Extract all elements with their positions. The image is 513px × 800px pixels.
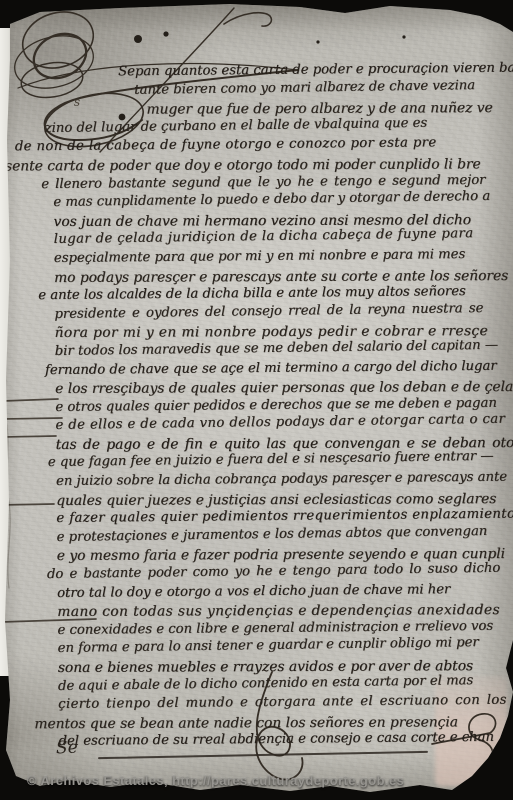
closing-rule-line	[98, 751, 428, 759]
scanned-page: s Sepan quantos esta carta de poder e pr…	[0, 0, 513, 800]
manuscript-line: mo podays paresçer e parescays ante su c…	[54, 267, 502, 288]
manuscript-line: espeçialmente para que por mi y en mi no…	[54, 246, 502, 269]
catchword: Se	[56, 738, 78, 759]
manuscript-line: en juizio sobre la dicha cobrança podays…	[56, 469, 504, 492]
manuscript-line: otro tal lo doy e otorgo a vos el dicho …	[57, 580, 505, 603]
manuscript-line: e los rresçibays de quales quier persona…	[55, 378, 503, 399]
manuscript-line: mentos que se bean ante nadie con los se…	[34, 713, 506, 734]
manuscript-line: quales quier juezes e justiçias ansi ecl…	[56, 490, 504, 511]
manuscript-line: sente carta de poder que doy e otorgo to…	[5, 155, 501, 176]
manuscript-line: mano con todas sus ynçidençias e depende…	[57, 601, 505, 622]
manuscript-page: s Sepan quantos esta carta de poder e pr…	[0, 0, 513, 800]
archive-watermark: © Archivos Estatales, http://pares.cultu…	[27, 773, 404, 788]
manuscript-lines: Sepan quantos esta carta de poder e proc…	[52, 60, 507, 752]
